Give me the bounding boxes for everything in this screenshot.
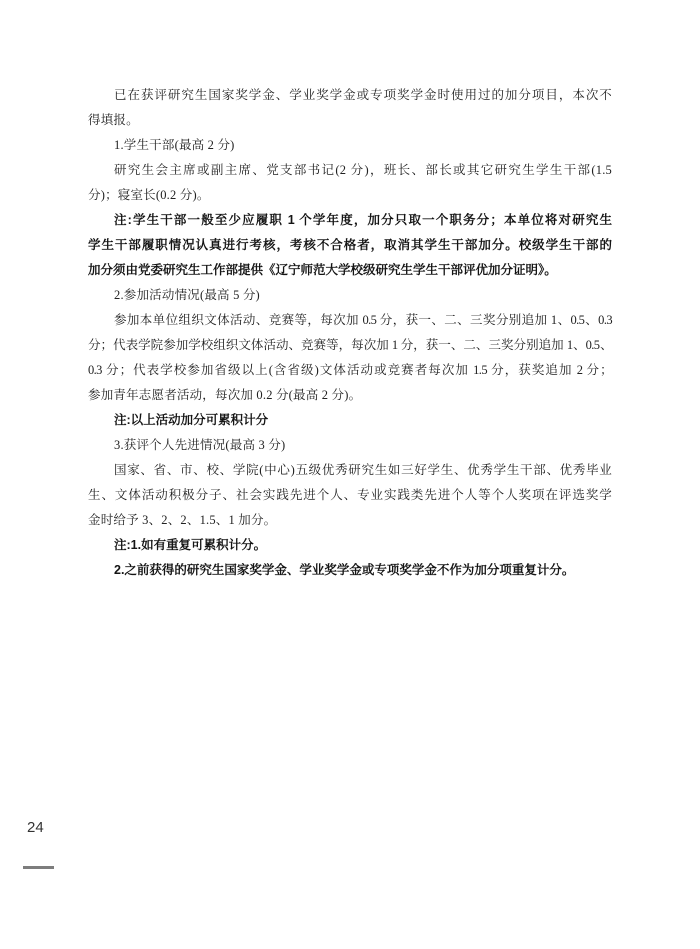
- note-line: 注:以上活动加分可累积计分: [88, 408, 612, 433]
- text-line: 参加青年志愿者活动，每次加 0.2 分(最高 2 分)。: [88, 383, 612, 408]
- text-line: 0.3 分；代表学校参加省级以上(含省级)文体活动或竞赛者每次加 1.5 分，获…: [88, 358, 612, 383]
- document-page: 已在获评研究生国家奖学金、学业奖学金或专项奖学金时使用过的加分项目，本次不 得填…: [0, 0, 700, 949]
- text-line: 金时给予 3、2、2、1.5、1 加分。: [88, 508, 612, 533]
- note-line: 加分须由党委研究生工作部提供《辽宁师范大学校级研究生学生干部评优加分证明》。: [88, 258, 612, 283]
- page-number-rule: [23, 866, 54, 869]
- text-line: 生、文体活动积极分子、社会实践先进个人、专业实践类先进个人等个人奖项在评选奖学: [88, 483, 612, 508]
- note-line: 学生干部履职情况认真进行考核，考核不合格者，取消其学生干部加分。校级学生干部的: [88, 233, 612, 258]
- text-line: 分；代表学院参加学校组织文体活动、竞赛等，每次加 1 分，获一、二、三奖分别追加…: [88, 333, 612, 358]
- section-heading: 1.学生干部(最高 2 分): [88, 133, 612, 158]
- text-line: 已在获评研究生国家奖学金、学业奖学金或专项奖学金时使用过的加分项目，本次不: [88, 83, 612, 108]
- note-line: 注:1.如有重复可累积计分。: [88, 533, 612, 558]
- text-line: 研究生会主席或副主席、党支部书记(2 分)，班长、部长或其它研究生学生干部(1.…: [88, 158, 612, 183]
- text-line: 参加本单位组织文体活动、竞赛等，每次加 0.5 分，获一、二、三奖分别追加 1、…: [88, 308, 612, 333]
- text-line: 分)；寝室长(0.2 分)。: [88, 183, 612, 208]
- text-line: 国家、省、市、校、学院(中心)五级优秀研究生如三好学生、优秀学生干部、优秀毕业: [88, 458, 612, 483]
- document-body: 已在获评研究生国家奖学金、学业奖学金或专项奖学金时使用过的加分项目，本次不 得填…: [88, 83, 612, 583]
- section-heading: 2.参加活动情况(最高 5 分): [88, 283, 612, 308]
- text-line: 得填报。: [88, 108, 612, 133]
- section-heading: 3.获评个人先进情况(最高 3 分): [88, 433, 612, 458]
- note-line: 2.之前获得的研究生国家奖学金、学业奖学金或专项奖学金不作为加分项重复计分。: [88, 558, 612, 583]
- note-line: 注:学生干部一般至少应履职 1 个学年度，加分只取一个职务分；本单位将对研究生: [88, 208, 612, 233]
- page-number: 24: [27, 818, 44, 838]
